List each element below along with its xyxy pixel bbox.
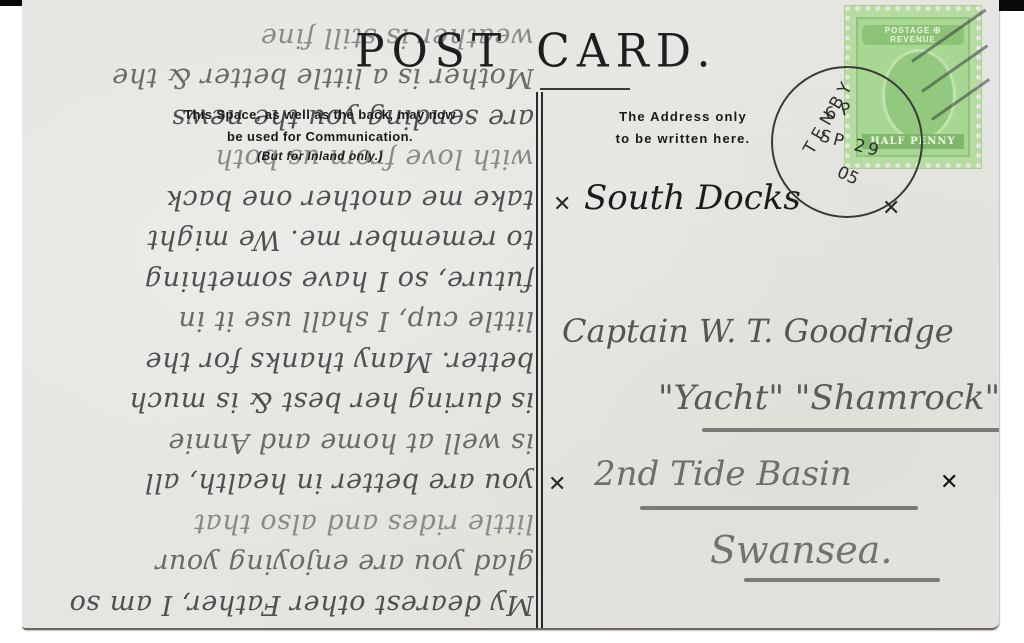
notice-line-2: be used for Communication. [100, 126, 540, 148]
title-card: CARD. [536, 25, 717, 79]
address-line-1: South Docks [584, 178, 801, 218]
divider-vertical-left [536, 92, 538, 628]
message-line: to remember me. We might [28, 219, 534, 260]
cross-mark: ✕ [548, 472, 566, 497]
handwritten-message: My dearest other Father, I am so glad yo… [28, 0, 534, 624]
message-line: My dearest other Father, I am so [28, 584, 534, 625]
underline [640, 506, 918, 510]
notice-line-3: (But for Inland only.) [100, 148, 540, 164]
message-line: little rides and also that [28, 503, 534, 544]
cross-mark: ✕ [940, 470, 958, 495]
message-line: future, so I have something [28, 260, 534, 301]
postmark-year: 05 [834, 162, 862, 189]
address-line-4: 2nd Tide Basin [594, 454, 852, 494]
underline [702, 428, 999, 432]
divider-horizontal [540, 88, 630, 90]
address-line-5: Swansea. [710, 528, 892, 572]
postmark-date: SP 29 [817, 126, 883, 162]
scan-border-top-left [0, 0, 22, 6]
message-line: take me another one back [28, 179, 534, 220]
divider-vertical-right [541, 92, 543, 628]
title-post: POST [355, 25, 508, 79]
underline [744, 578, 940, 582]
message-line: little cup, I shall use it in [28, 300, 534, 341]
message-line: is well at home and Annie [28, 422, 534, 463]
message-line: you are better in health, all [28, 462, 534, 503]
notice-line-1: This Space, as well as the back, may now [100, 104, 540, 126]
message-line: better. Many thanks for the [28, 341, 534, 382]
message-line: glad you are enjoying your [28, 543, 534, 584]
address-instruction-line-2: to be written here. [578, 128, 788, 150]
communication-notice: This Space, as well as the back, may now… [100, 104, 540, 164]
address-line-2: Captain W. T. Goodridge [562, 312, 954, 350]
scan-border-top-right [999, 0, 1024, 11]
message-line: is during her best & is much [28, 381, 534, 422]
cross-mark: ✕ [553, 192, 571, 217]
cross-mark: ✕ [882, 196, 900, 221]
postcard-title: POSTCARD. [355, 25, 717, 79]
postcard: My dearest other Father, I am so glad yo… [22, 0, 999, 630]
address-instruction: The Address only to be written here. [578, 106, 788, 150]
address-instruction-line-1: The Address only [578, 106, 788, 128]
address-line-3: "Yacht" "Shamrock" [658, 378, 999, 418]
